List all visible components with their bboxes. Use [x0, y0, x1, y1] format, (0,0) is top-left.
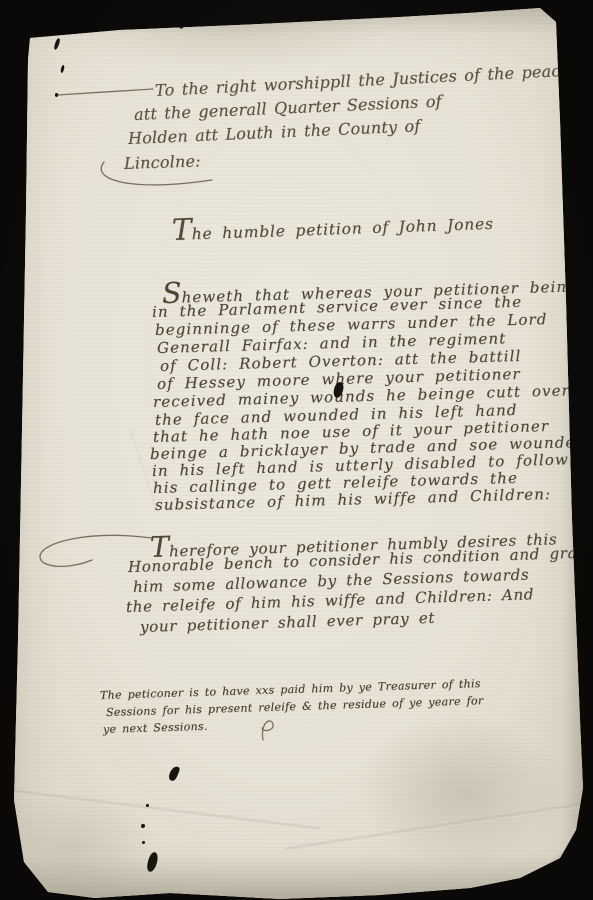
- ink-blot: [174, 11, 186, 29]
- body-line: beginninge of these warrs under the Lord: [155, 311, 548, 339]
- clerk-note-line: Sessions for his present releife & the r…: [106, 695, 484, 719]
- heading-line: att the generall Quarter Sessions of: [134, 93, 442, 125]
- pen-flourish-line: [55, 86, 155, 98]
- ink-blot: [141, 824, 145, 828]
- clerk-note-line: The peticoner is to have xxs paid him by…: [100, 678, 481, 703]
- scan-background: To the right worshippll the Justices of …: [0, 0, 593, 900]
- body-line: his callinge to gett releife towards the: [153, 470, 518, 497]
- pen-flourish-paraph: [256, 716, 278, 742]
- prayer-line: Honorable bench to consider his conditio…: [128, 544, 593, 576]
- manuscript-page: To the right worshippll the Justices of …: [0, 0, 593, 900]
- body-line: the face and wounded in his left hand: [155, 402, 518, 429]
- body-line: Generall Fairfax: and in the regiment: [157, 330, 507, 357]
- prayer-line: the releife of him his wiffe and Childre…: [126, 586, 535, 616]
- ink-blot: [55, 93, 58, 97]
- prayer-line: your petitioner shall ever pray et: [140, 610, 436, 637]
- folded-corner: [506, 834, 586, 894]
- prayer-line: Therefore your petitioner humbly desires…: [150, 525, 558, 561]
- heading-line: To the right worshippll the Justices of …: [155, 62, 571, 101]
- paper-scratch: [129, 429, 157, 510]
- heading-line: Lincolne:: [124, 152, 201, 173]
- ink-blot: [146, 804, 149, 807]
- body-line: in the Parlament service ever since the: [152, 294, 523, 322]
- prayer-line: him some allowance by the Sessions towar…: [133, 567, 530, 597]
- ink-blot: [60, 65, 65, 73]
- clerk-note-line: ye next Sessions.: [103, 721, 208, 737]
- body-line: of Hessey moore where your petitioner: [157, 366, 521, 393]
- body-line: in his left hand is utterly disabled to …: [152, 451, 569, 480]
- ink-blot: [332, 381, 345, 399]
- body-line: subsistance of him his wiffe and Childre…: [155, 486, 552, 514]
- pen-flourish-swash: [90, 160, 220, 194]
- petition-title: The humble petition of John Jones: [172, 209, 494, 245]
- pen-flourish-brace: [34, 532, 154, 576]
- ink-blot: [146, 851, 159, 872]
- body-line: of Coll: Robert Overton: att the battill: [160, 348, 522, 375]
- fold-crease: [285, 804, 582, 851]
- body-line: received mainey wounds he beinge cutt ov…: [153, 382, 570, 411]
- ink-blot: [167, 765, 180, 782]
- body-line: Sheweth that whereas your petitioner bei…: [162, 272, 588, 307]
- heading-line: Holden att Louth in the County of: [128, 117, 421, 148]
- fold-crease: [12, 790, 320, 831]
- ink-blot: [142, 841, 145, 844]
- body-line: beinge a bricklayer by trade and soe wou…: [150, 434, 587, 463]
- ink-blot: [53, 38, 61, 51]
- body-line: that he hath noe use of it your petition…: [153, 418, 550, 446]
